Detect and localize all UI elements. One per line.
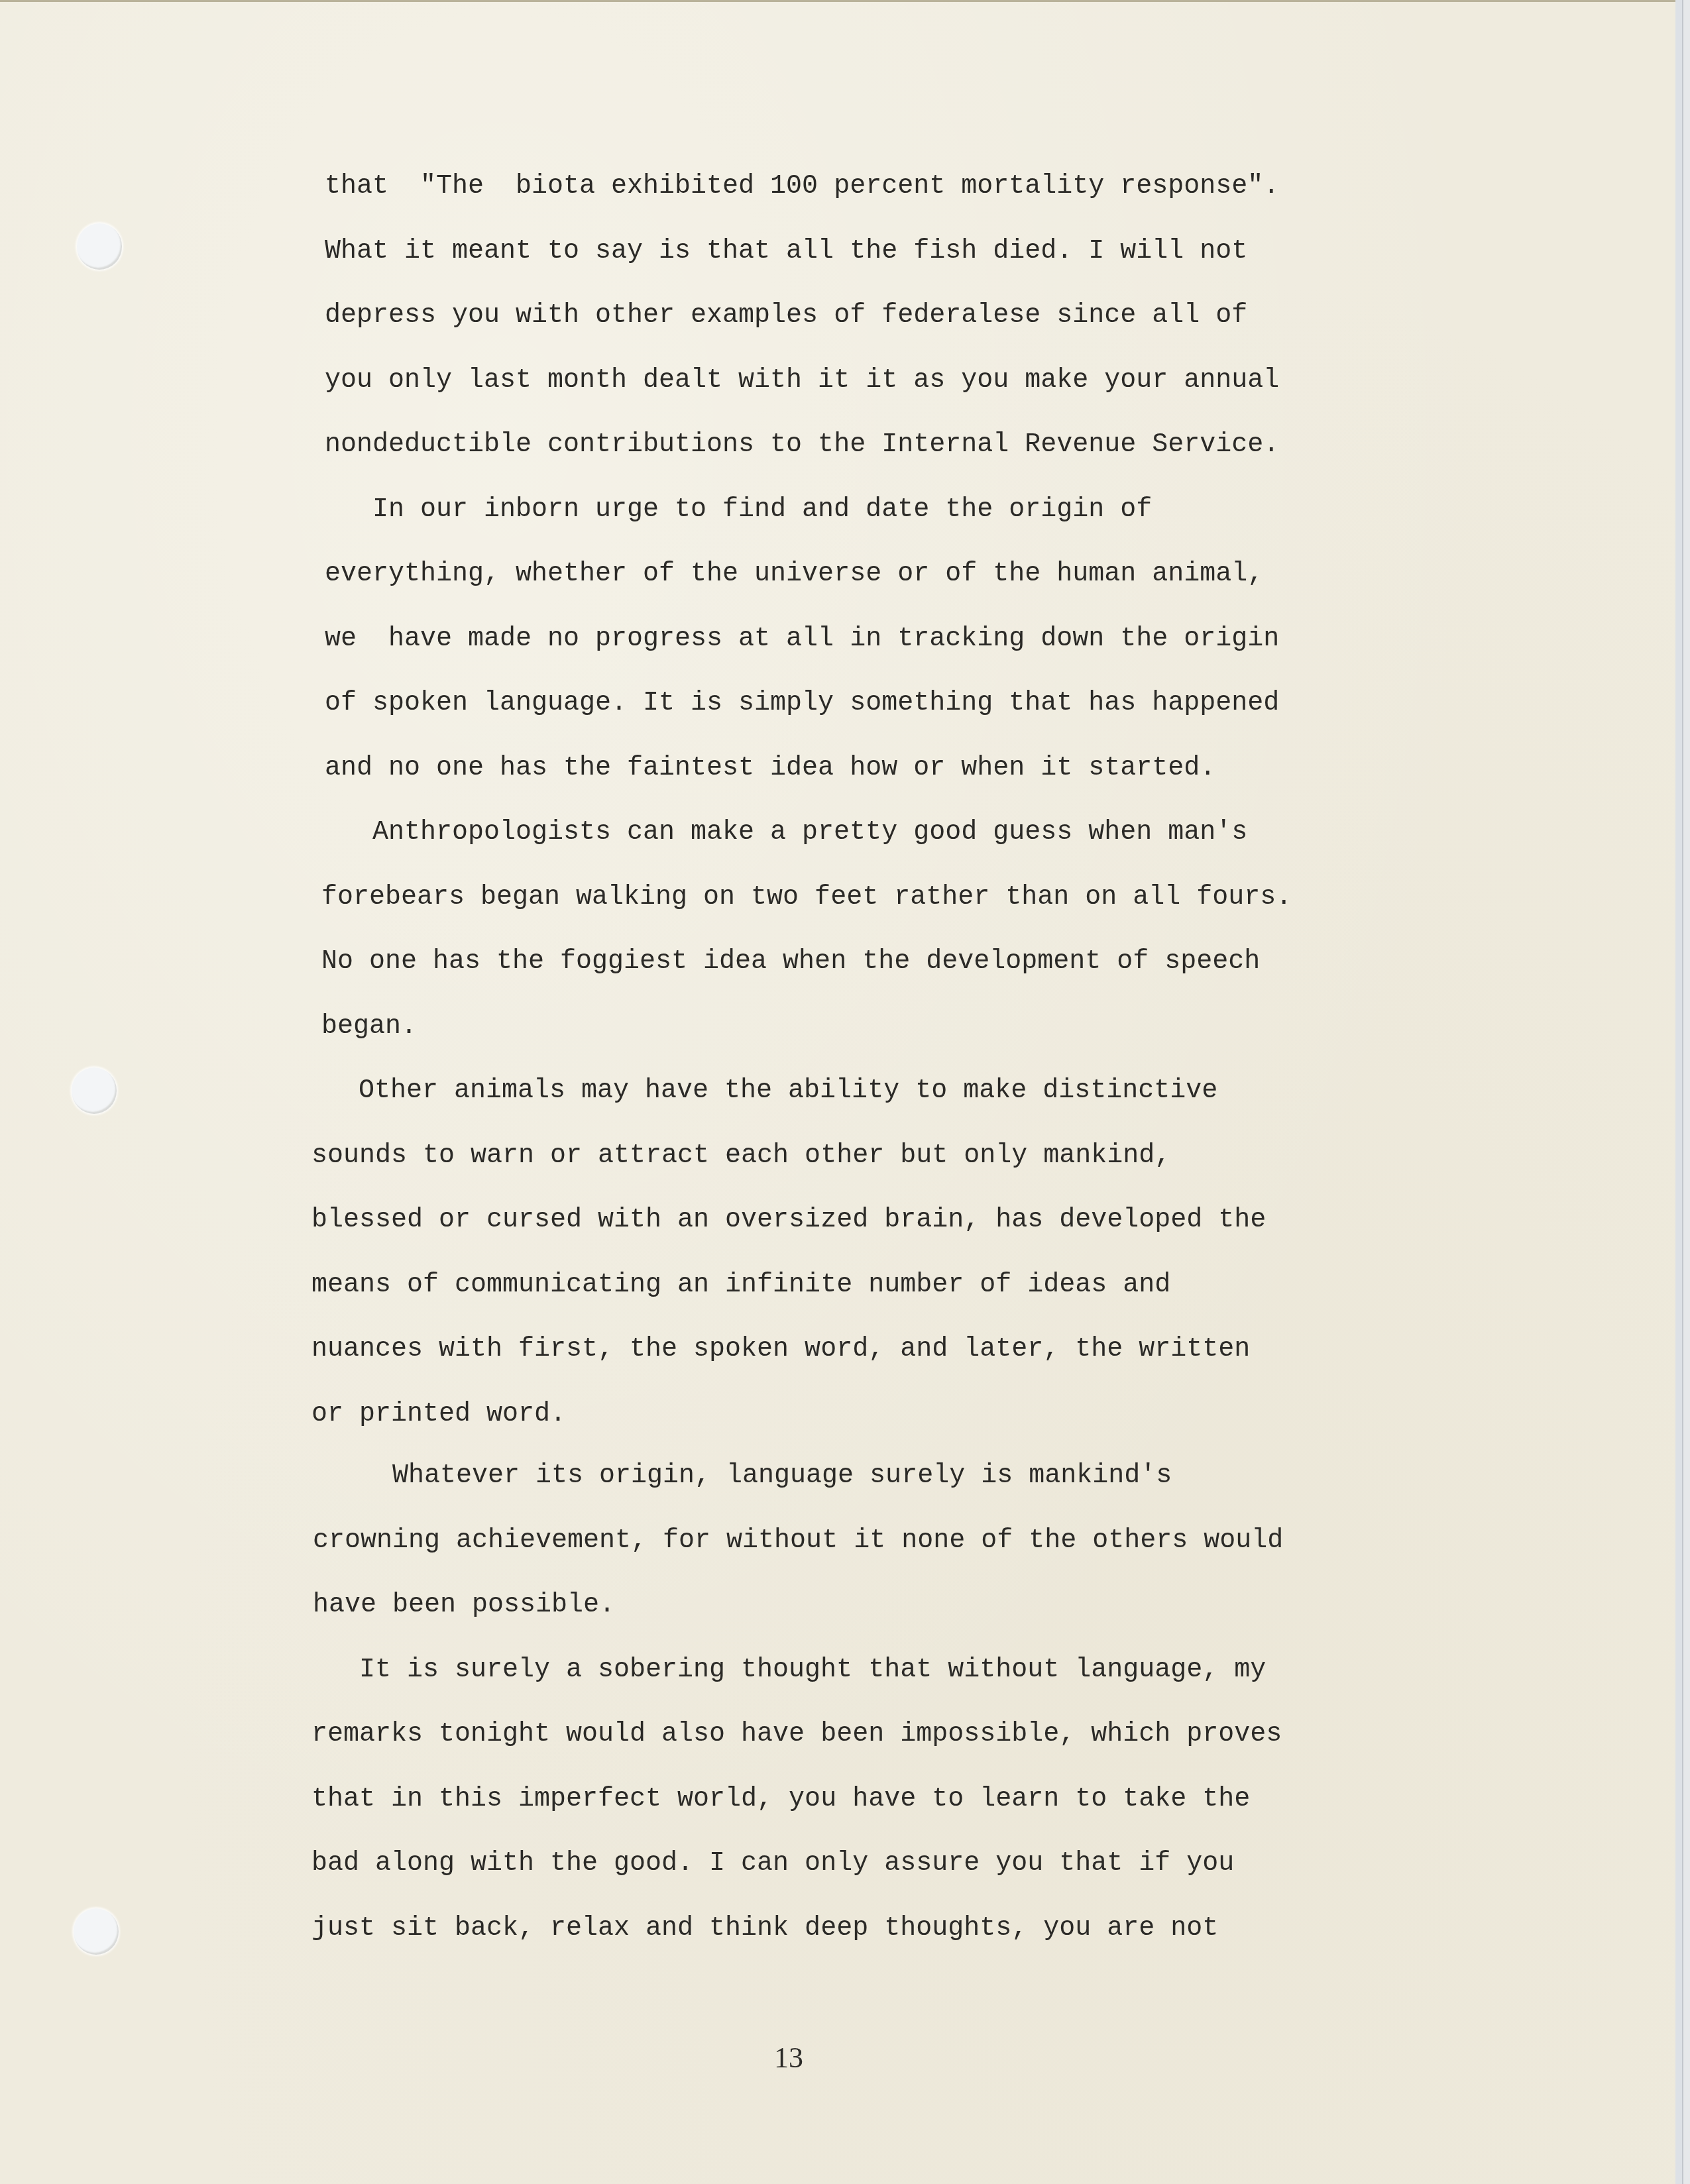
text-line: we have made no progress at all in track… xyxy=(325,626,1279,653)
document-page: that "The biota exhibited 100 percent mo… xyxy=(0,0,1675,2184)
punch-hole-bottom xyxy=(74,1908,119,1955)
text-line: everything, whether of the universe or o… xyxy=(325,561,1263,588)
page-number: 13 xyxy=(774,2044,803,2073)
text-line: just sit back, relax and think deep thou… xyxy=(311,1916,1218,1942)
scan-border-strip xyxy=(1675,0,1690,2184)
text-line: have been possible. xyxy=(313,1592,615,1619)
text-line: means of communicating an infinite numbe… xyxy=(311,1272,1170,1299)
text-line: forebears began walking on two feet rath… xyxy=(321,885,1292,911)
punch-hole-top xyxy=(77,223,122,270)
punch-hole-middle xyxy=(72,1067,117,1114)
text-line-indented: In our inborn urge to find and date the … xyxy=(372,497,1152,523)
text-line: or printed word. xyxy=(311,1401,566,1428)
text-line: began. xyxy=(321,1014,417,1040)
page-top-edge xyxy=(0,0,1675,2)
text-line: nuances with first, the spoken word, and… xyxy=(311,1337,1250,1363)
text-line: that in this imperfect world, you have t… xyxy=(311,1786,1250,1813)
text-line: and no one has the faintest idea how or … xyxy=(325,755,1215,782)
text-line: sounds to warn or attract each other but… xyxy=(311,1143,1170,1170)
text-line: bad along with the good. I can only assu… xyxy=(311,1851,1234,1877)
text-line: that "The biota exhibited 100 percent mo… xyxy=(325,174,1279,200)
text-line: crowning achievement, for without it non… xyxy=(313,1528,1283,1555)
text-line: depress you with other examples of feder… xyxy=(325,303,1247,329)
text-line-indented: Whatever its origin, language surely is … xyxy=(392,1463,1172,1490)
text-line: No one has the foggiest idea when the de… xyxy=(321,949,1260,975)
text-line: nondeductible contributions to the Inter… xyxy=(325,432,1279,459)
text-line: blessed or cursed with an oversized brai… xyxy=(311,1207,1266,1234)
text-line-indented: Anthropologists can make a pretty good g… xyxy=(372,820,1247,846)
text-line: What it meant to say is that all the fis… xyxy=(325,239,1247,265)
text-line: remarks tonight would also have been imp… xyxy=(311,1721,1282,1748)
text-line: you only last month dealt with it it as … xyxy=(325,368,1279,394)
text-line: of spoken language. It is simply somethi… xyxy=(325,690,1279,717)
text-line-indented: It is surely a sobering thought that wit… xyxy=(359,1657,1266,1684)
text-line-indented: Other animals may have the ability to ma… xyxy=(359,1078,1217,1105)
